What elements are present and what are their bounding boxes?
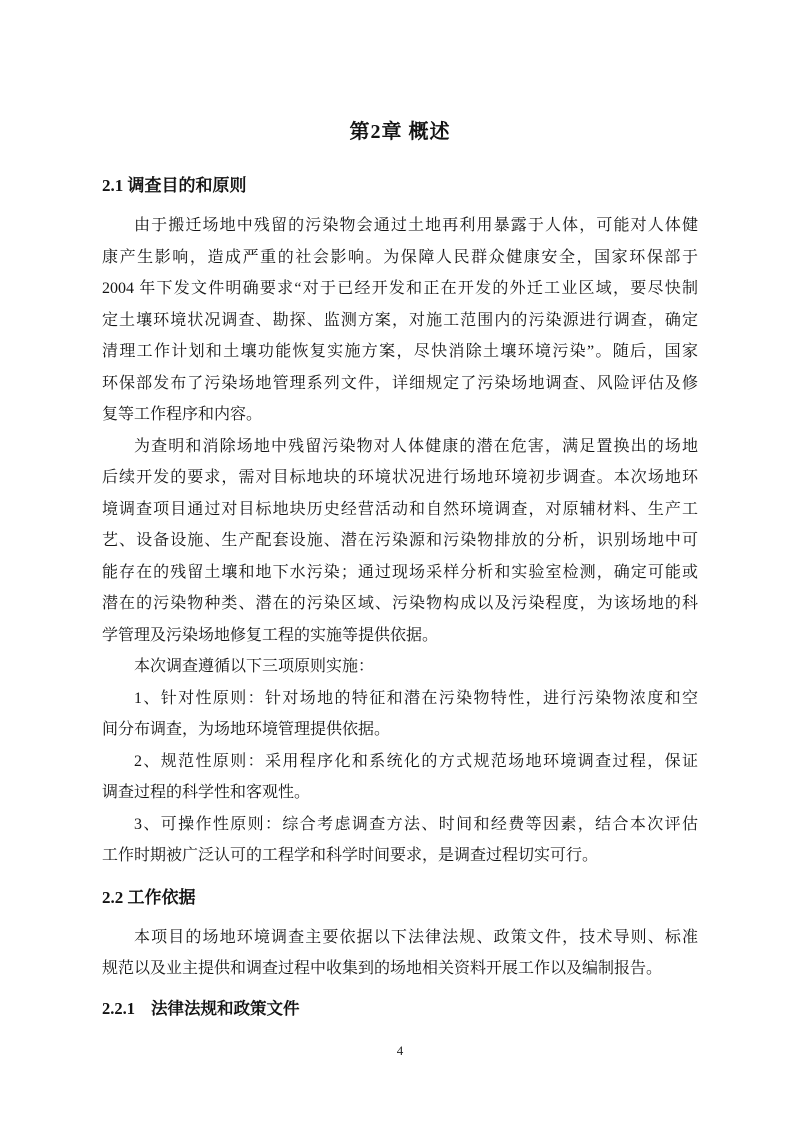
paragraph: 2、规范性原则：采用程序化和系统化的方式规范场地环境调查过程，保证调查过程的科学… <box>102 746 698 809</box>
paragraph: 本项目的场地环境调查主要依据以下法律法规、政策文件，技术导则、标准规范以及业主提… <box>102 922 698 985</box>
text-line: 间分布调查，为场地环境管理提供依据。 <box>102 714 698 746</box>
subsection-heading-2-2-1: 2.2.1法律法规和政策文件 <box>102 997 698 1021</box>
text-line: 规范以及业主提供和调查过程中收集到的场地相关资料开展工作以及编制报告。 <box>102 953 698 985</box>
paragraph: 1、针对性原则：针对场地的特征和潜在污染物特性，进行污染物浓度和空间分布调查，为… <box>102 683 698 746</box>
subsection-number: 2.2.1 <box>102 999 135 1018</box>
text-line: 环保部发布了污染场地管理系列文件，详细规定了污染场地调查、风险评估及修 <box>102 368 698 400</box>
text-line: 境调查项目通过对目标地块历史经营活动和自然环境调查，对原辅材料、生产工 <box>102 494 698 526</box>
text-line: 复等工作程序和内容。 <box>102 399 698 431</box>
section-heading-2-1: 2.1 调查目的和原则 <box>102 174 698 198</box>
text-line: 调查过程的科学性和客观性。 <box>102 777 698 809</box>
text-line: 为查明和消除场地中残留污染物对人体健康的潜在危害，满足置换出的场地 <box>102 431 698 463</box>
text-line: 艺、设备设施、生产配套设施、潜在污染源和污染物排放的分析，识别场地中可 <box>102 525 698 557</box>
subsection-title: 法律法规和政策文件 <box>151 999 300 1018</box>
text-line: 2004 年下发文件明确要求“对于已经开发和正在开发的外迁工业区域，要尽快制 <box>102 273 698 305</box>
text-line: 本项目的场地环境调查主要依据以下法律法规、政策文件，技术导则、标准 <box>102 922 698 954</box>
section-heading-2-2: 2.2 工作依据 <box>102 886 698 910</box>
page-number: 4 <box>0 1042 800 1060</box>
text-line: 3、可操作性原则：综合考虑调查方法、时间和经费等因素，结合本次评估 <box>102 809 698 841</box>
text-line: 清理工作计划和土壤功能恢复实施方案，尽快消除土壤环境污染”。随后，国家 <box>102 336 698 368</box>
paragraph: 3、可操作性原则：综合考虑调查方法、时间和经费等因素，结合本次评估工作时期被广泛… <box>102 809 698 872</box>
text-line: 1、针对性原则：针对场地的特征和潜在污染物特性，进行污染物浓度和空 <box>102 683 698 715</box>
text-line: 定土壤环境状况调查、勘探、监测方案，对施工范围内的污染源进行调查，确定 <box>102 305 698 337</box>
text-line: 学管理及污染场地修复工程的实施等提供依据。 <box>102 620 698 652</box>
text-line: 后续开发的要求，需对目标地块的环境状况进行场地环境初步调查。本次场地环 <box>102 462 698 494</box>
paragraph: 本次调查遵循以下三项原则实施： <box>102 651 698 683</box>
text-line: 潜在的污染物种类、潜在的污染区域、污染物构成以及污染程度，为该场地的科 <box>102 588 698 620</box>
page-content: 第2章 概述 2.1 调查目的和原则 由于搬迁场地中残留的污染物会通过土地再利用… <box>0 0 800 1021</box>
text-line: 工作时期被广泛认可的工程学和科学时间要求，是调查过程切实可行。 <box>102 840 698 872</box>
text-line: 2、规范性原则：采用程序化和系统化的方式规范场地环境调查过程，保证 <box>102 746 698 778</box>
text-line: 由于搬迁场地中残留的污染物会通过土地再利用暴露于人体，可能对人体健 <box>102 210 698 242</box>
paragraph: 为查明和消除场地中残留污染物对人体健康的潜在危害，满足置换出的场地后续开发的要求… <box>102 431 698 652</box>
chapter-title: 第2章 概述 <box>102 116 698 148</box>
text-line: 能存在的残留土壤和地下水污染；通过现场采样分析和实验室检测，确定可能或 <box>102 557 698 589</box>
document-page: 第2章 概述 2.1 调查目的和原则 由于搬迁场地中残留的污染物会通过土地再利用… <box>0 0 800 1131</box>
paragraph: 由于搬迁场地中残留的污染物会通过土地再利用暴露于人体，可能对人体健康产生影响，造… <box>102 210 698 431</box>
text-line: 本次调查遵循以下三项原则实施： <box>102 651 698 683</box>
text-line: 康产生影响，造成严重的社会影响。为保障人民群众健康安全，国家环保部于 <box>102 242 698 274</box>
